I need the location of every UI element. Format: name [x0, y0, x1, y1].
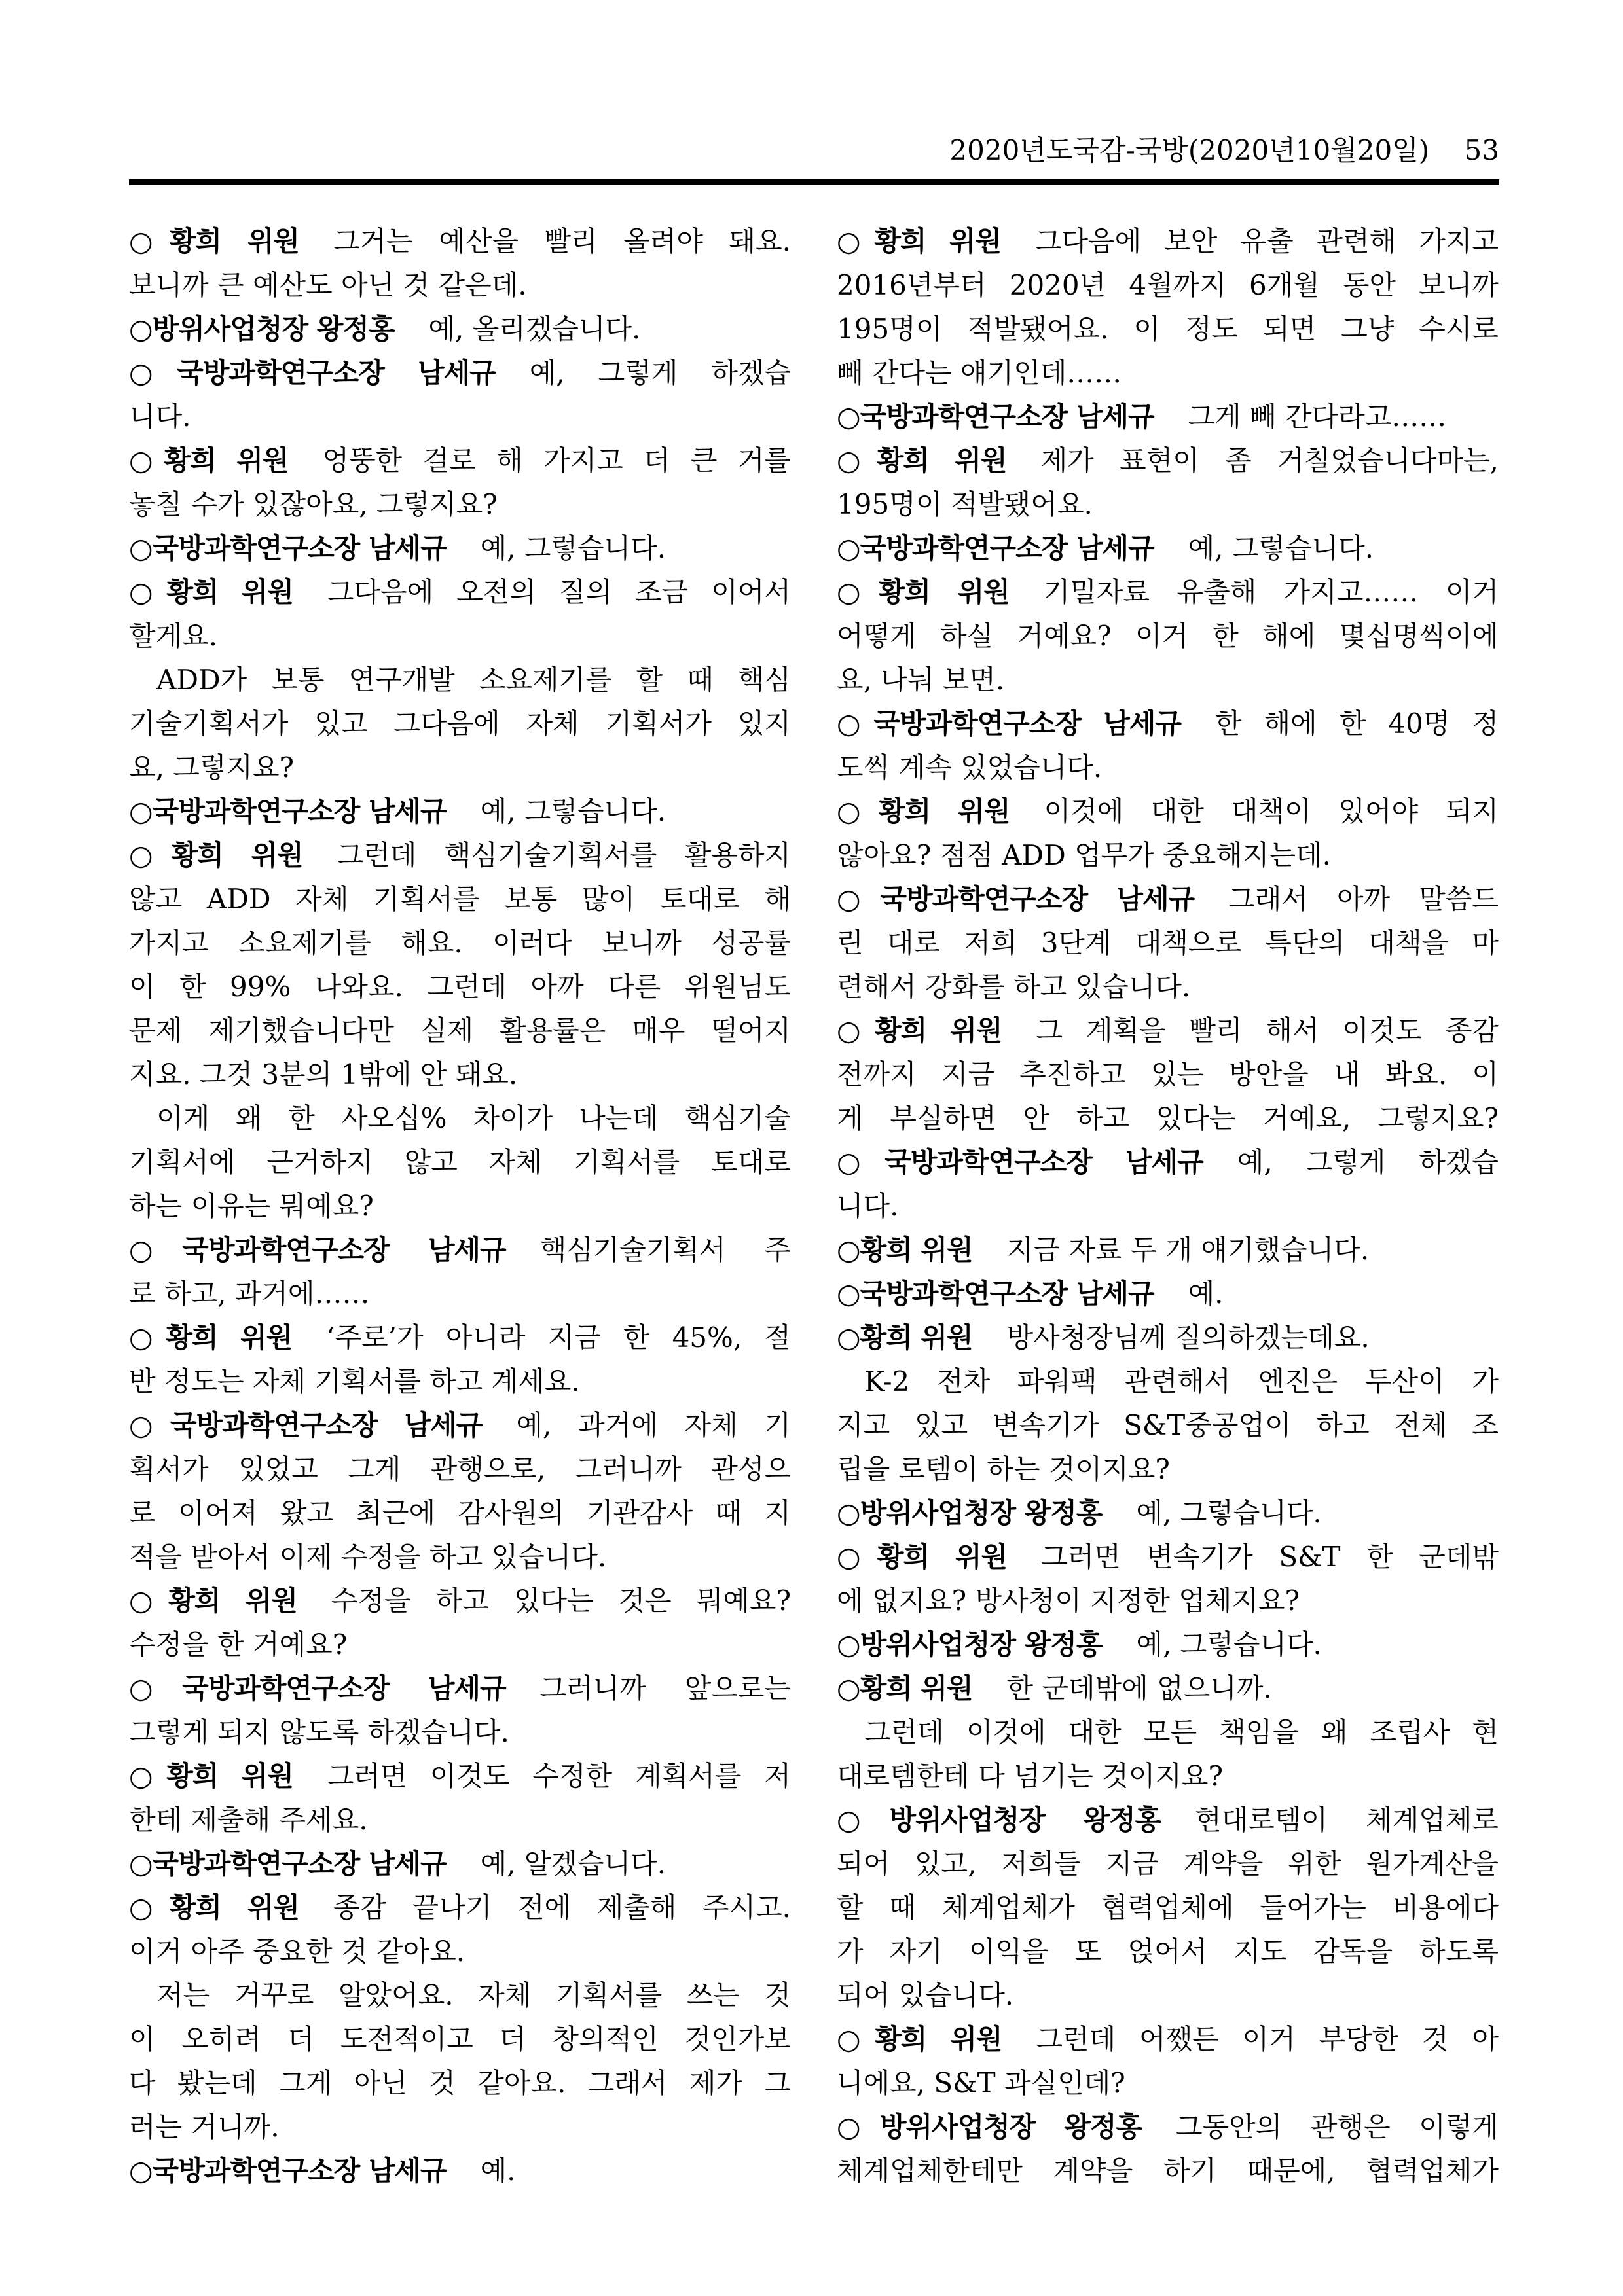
text-line: 이 한 99% 나와요. 그런데 아까 다른 위원님도: [129, 965, 791, 1009]
speech-text: 195명이 적발됐어요.: [837, 488, 1093, 520]
speech-text: 이것에 대한 대책이 있어야 되지: [1044, 795, 1499, 827]
speech-text: 않고 ADD 자체 기획서를 보통 많이 토대로 해: [129, 883, 791, 915]
speech-text: 그 계획을 빨리 해서 이것도 종감: [1036, 1014, 1499, 1047]
speech-text: 기획서에 근거하지 않고 자체 기획서를 토대로: [129, 1146, 791, 1178]
text-line: ○황희 위원제가 표현이 좀 거칠었습니다마는,: [837, 439, 1499, 482]
text-line: 되어 있습니다.: [837, 1973, 1499, 2017]
text-line: ○방위사업청장 왕정홍현대로템이 체계업체로: [837, 1798, 1499, 1842]
speech-text: 니다.: [837, 1190, 899, 1222]
speech-text: 예, 그렇습니다.: [481, 532, 666, 564]
text-line: 195명이 적발됐어요. 이 정도 되면 그냥 수시로: [837, 307, 1499, 351]
speech-text: ADD가 보통 연구개발 소요제기를 할 때 핵심: [156, 664, 791, 696]
speaker-name: ○국방과학연구소장 남세규: [129, 357, 496, 389]
speaker-name: ○황희 위원: [837, 225, 1001, 257]
speech-text: 예, 그렇습니다.: [1188, 532, 1374, 564]
speech-text: 그다음에 오전의 질의 조금 이어서: [327, 576, 791, 608]
speech-text: 한 해에 한 40명 정: [1215, 708, 1499, 740]
text-line: 그렇게 되지 않도록 하겠습니다.: [129, 1710, 791, 1754]
speaker-name: ○황희 위원: [837, 444, 1007, 476]
speech-text: 예, 그렇게 하겠습: [1237, 1146, 1499, 1178]
speech-text: 그다음에 보안 유출 관련해 가지고: [1035, 225, 1499, 257]
text-line: 어떻게 하실 거예요? 이거 한 해에 몇십명씩이에: [837, 614, 1499, 658]
text-line: ○국방과학연구소장 남세규예, 그렇습니다.: [837, 526, 1499, 570]
text-line: ○국방과학연구소장 남세규예.: [129, 2149, 791, 2193]
speaker-name: ○황희 위원: [129, 1760, 293, 1792]
document-page: 2020년도국감-국방(2020년10월20일) 53 ○황희 위원그거는 예산…: [0, 0, 1623, 2296]
speech-text: 수정을 하고 있다는 것은 뭐예요?: [331, 1585, 791, 1617]
text-line: ○황희 위원방사청장님께 질의하겠는데요.: [837, 1316, 1499, 1359]
speech-text: 문제 제기했습니다만 실제 활용률은 매우 떨어지: [129, 1014, 791, 1047]
speech-text: 립을 로템이 하는 것이지요?: [837, 1453, 1170, 1485]
speech-text: 2016년부터 2020년 4월까지 6개월 동안 보니까: [837, 269, 1499, 301]
speech-text: 그런데 어쨌든 이거 부당한 것 아: [1036, 2023, 1499, 2055]
speech-text: 그거는 예산을 빨리 올려야 돼요.: [333, 225, 791, 257]
text-line: ○황희 위원이것에 대한 대책이 있어야 되지: [837, 789, 1499, 833]
page-number: 53: [1465, 135, 1499, 166]
text-line: ○국방과학연구소장 남세규그게 빼 간다라고……: [837, 395, 1499, 439]
speech-text: 전까지 지금 추진하고 있는 방안을 내 봐요. 이: [837, 1058, 1499, 1090]
speech-text: 예, 올리겠습니다.: [428, 313, 640, 345]
speaker-name: ○황희 위원: [837, 1321, 973, 1354]
text-line: ○황희 위원‘주로’가 아니라 지금 한 45%, 절: [129, 1316, 791, 1359]
speech-text: 예, 그렇습니다.: [1136, 1497, 1321, 1529]
text-line: 기획서에 근거하지 않고 자체 기획서를 토대로: [129, 1140, 791, 1184]
speech-text: 다 봤는데 그게 아닌 것 같아요. 그래서 제가 그: [129, 2067, 791, 2099]
speaker-name: ○방위사업청장 왕정홍: [837, 1628, 1102, 1660]
text-line: 수정을 한 거예요?: [129, 1623, 791, 1666]
speaker-name: ○황희 위원: [129, 225, 299, 257]
text-line: ADD가 보통 연구개발 소요제기를 할 때 핵심: [129, 658, 791, 702]
text-line: 되어 있고, 저희들 지금 계약을 위한 원가계산을: [837, 1842, 1499, 1886]
two-column-text: ○황희 위원그거는 예산을 빨리 올려야 돼요.보니까 큰 예산도 아닌 것 같…: [129, 219, 1499, 2193]
text-line: 러는 거니까.: [129, 2105, 791, 2149]
text-line: 하는 이유는 뭐예요?: [129, 1184, 791, 1228]
text-line: 그런데 이것에 대한 모든 책임을 왜 조립사 현: [837, 1710, 1499, 1754]
header-title: 2020년도국감-국방(2020년10월20일): [949, 134, 1429, 166]
speech-text: 한 군데밖에 없으니까.: [1007, 1672, 1272, 1704]
text-line: ○국방과학연구소장 남세규한 해에 한 40명 정: [837, 702, 1499, 745]
text-line: 린 대로 저희 3단계 대책으로 특단의 대책을 마: [837, 921, 1499, 965]
text-line: ○국방과학연구소장 남세규예, 그렇게 하겠습: [129, 351, 791, 395]
speech-text: 현대로템이 체계업체로: [1195, 1804, 1499, 1836]
text-line: 이게 왜 한 사오십% 차이가 나는데 핵심기술: [129, 1096, 791, 1140]
speaker-name: ○국방과학연구소장 남세규: [129, 1409, 482, 1441]
speaker-name: ○방위사업청장 왕정홍: [837, 1804, 1161, 1836]
text-line: 문제 제기했습니다만 실제 활용률은 매우 떨어지: [129, 1009, 791, 1052]
text-line: ○국방과학연구소장 남세규예, 그렇습니다.: [129, 526, 791, 570]
text-line: 체계업체한테만 계약을 하기 때문에, 협력업체가: [837, 2149, 1499, 2193]
text-line: ○국방과학연구소장 남세규그래서 아까 말씀드: [837, 877, 1499, 921]
text-line: 놓칠 수가 있잖아요, 그렇지요?: [129, 482, 791, 526]
speech-text: 엉뚱한 걸로 해 가지고 더 큰 거를: [323, 444, 791, 476]
speech-text: 되어 있고, 저희들 지금 계약을 위한 원가계산을: [837, 1848, 1499, 1880]
speech-text: 기밀자료 유출해 가지고…… 이거: [1044, 576, 1499, 608]
text-line: ○황희 위원그다음에 오전의 질의 조금 이어서: [129, 570, 791, 614]
speaker-name: ○황희 위원: [129, 839, 303, 871]
speaker-name: ○국방과학연구소장 남세규: [837, 708, 1181, 740]
speaker-name: ○황희 위원: [837, 1541, 1007, 1573]
speech-text: 그런데 핵심기술기획서를 활용하지: [337, 839, 791, 871]
speaker-name: ○황희 위원: [129, 576, 293, 608]
speech-text: 빼 간다는 얘기인데……: [837, 357, 1122, 389]
speech-text: 않아요? 점점 ADD 업무가 중요해지는데.: [837, 839, 1331, 871]
speech-text: 체계업체한테만 계약을 하기 때문에, 협력업체가: [837, 2155, 1499, 2187]
text-line: ○황희 위원지금 자료 두 개 얘기했습니다.: [837, 1228, 1499, 1272]
text-line: 니다.: [129, 395, 791, 439]
speech-text: 획서가 있었고 그게 관행으로, 그러니까 관성으: [129, 1453, 791, 1485]
speaker-name: ○국방과학연구소장 남세규: [129, 1672, 506, 1704]
text-line: 가지고 소요제기를 해요. 이러다 보니까 성공률: [129, 921, 791, 965]
speech-text: 니다.: [129, 401, 191, 433]
text-line: ○국방과학연구소장 남세규예, 그렇습니다.: [129, 789, 791, 833]
speaker-name: ○황희 위원: [837, 1672, 973, 1704]
column-left: ○황희 위원그거는 예산을 빨리 올려야 돼요.보니까 큰 예산도 아닌 것 같…: [129, 219, 791, 2193]
speech-text: 지고 있고 변속기가 S&T중공업이 하고 전체 조: [837, 1409, 1499, 1441]
text-line: 2016년부터 2020년 4월까지 6개월 동안 보니까: [837, 263, 1499, 307]
text-line: 련해서 강화를 하고 있습니다.: [837, 965, 1499, 1009]
speaker-name: ○황희 위원: [129, 1892, 299, 1924]
speech-text: 그러면 이것도 수정한 계획서를 저: [327, 1760, 791, 1792]
speech-text: 그런데 이것에 대한 모든 책임을 왜 조립사 현: [864, 1716, 1499, 1748]
text-line: 게 부실하면 안 하고 있다는 거예요, 그렇지요?: [837, 1096, 1499, 1140]
text-line: ○방위사업청장 왕정홍예, 올리겠습니다.: [129, 307, 791, 351]
text-line: 이 오히려 더 도전적이고 더 창의적인 것인가보: [129, 2017, 791, 2061]
speech-text: 되어 있습니다.: [837, 1979, 1013, 2011]
speaker-name: ○국방과학연구소장 남세규: [837, 401, 1154, 433]
text-line: 요, 그렇지요?: [129, 745, 791, 789]
speech-text: 보니까 큰 예산도 아닌 것 같은데.: [129, 269, 527, 301]
speaker-name: ○국방과학연구소장 남세규: [837, 1146, 1203, 1178]
speaker-name: ○황희 위원: [837, 1234, 973, 1266]
speaker-name: ○방위사업청장 왕정홍: [837, 2111, 1142, 2143]
speech-text: 그래서 아까 말씀드: [1228, 883, 1499, 915]
speech-text: 그게 빼 간다라고……: [1188, 401, 1447, 433]
speech-text: K-2 전차 파워팩 관련해서 엔진은 두산이 가: [864, 1365, 1499, 1397]
speech-text: 그러면 변속기가 S&T 한 군데밖: [1041, 1541, 1499, 1573]
text-line: 립을 로템이 하는 것이지요?: [837, 1447, 1499, 1491]
speech-text: 방사청장님께 질의하겠는데요.: [1007, 1321, 1370, 1354]
text-line: 보니까 큰 예산도 아닌 것 같은데.: [129, 263, 791, 307]
speech-text: 이 한 99% 나와요. 그런데 아까 다른 위원님도: [129, 971, 791, 1003]
text-line: 한테 제출해 주세요.: [129, 1798, 791, 1842]
text-line: 니에요, S&T 과실인데?: [837, 2061, 1499, 2105]
speech-text: 이거 아주 중요한 것 같아요.: [129, 1935, 465, 1967]
speaker-name: ○방위사업청장 왕정홍: [837, 1497, 1102, 1529]
text-line: 이거 아주 중요한 것 같아요.: [129, 1929, 791, 1973]
column-right: ○황희 위원그다음에 보안 유출 관련해 가지고2016년부터 2020년 4월…: [837, 219, 1499, 2193]
text-line: 다 봤는데 그게 아닌 것 같아요. 그래서 제가 그: [129, 2061, 791, 2105]
text-line: 대로템한테 다 넘기는 것이지요?: [837, 1754, 1499, 1798]
speech-text: 도씩 계속 있었습니다.: [837, 751, 1102, 783]
speech-text: 반 정도는 자체 기획서를 하고 계세요.: [129, 1365, 580, 1397]
text-line: 않아요? 점점 ADD 업무가 중요해지는데.: [837, 833, 1499, 877]
text-line: 로 이어져 왔고 최근에 감사원의 기관감사 때 지: [129, 1491, 791, 1535]
speech-text: 에 없지요? 방사청이 지정한 업체지요?: [837, 1585, 1300, 1617]
speech-text: 가지고 소요제기를 해요. 이러다 보니까 성공률: [129, 927, 791, 959]
page-header: 2020년도국감-국방(2020년10월20일) 53: [129, 0, 1499, 166]
text-line: ○황희 위원기밀자료 유출해 가지고…… 이거: [837, 570, 1499, 614]
speech-text: 예.: [481, 2155, 516, 2187]
speaker-name: ○국방과학연구소장 남세규: [129, 2155, 447, 2187]
text-line: 로 하고, 과거에……: [129, 1272, 791, 1316]
speech-text: 요, 그렇지요?: [129, 751, 294, 783]
text-line: 빼 간다는 얘기인데……: [837, 351, 1499, 395]
text-line: 반 정도는 자체 기획서를 하고 계세요.: [129, 1359, 791, 1403]
speech-text: 예, 그렇게 하겠습: [530, 357, 791, 389]
text-line: ○국방과학연구소장 남세규예, 그렇게 하겠습: [837, 1140, 1499, 1184]
text-line: ○황희 위원그런데 핵심기술기획서를 활용하지: [129, 833, 791, 877]
speech-text: 지금 자료 두 개 얘기했습니다.: [1007, 1234, 1370, 1266]
speaker-name: ○황희 위원: [837, 576, 1010, 608]
text-line: 적을 받아서 이제 수정을 하고 있습니다.: [129, 1535, 791, 1579]
speech-text: 195명이 적발됐어요. 이 정도 되면 그냥 수시로: [837, 313, 1499, 345]
speech-text: 게 부실하면 안 하고 있다는 거예요, 그렇지요?: [837, 1102, 1499, 1134]
text-line: ○황희 위원엉뚱한 걸로 해 가지고 더 큰 거를: [129, 439, 791, 482]
text-line: 저는 거꾸로 알았어요. 자체 기획서를 쓰는 것: [129, 1973, 791, 2017]
speaker-name: ○황희 위원: [129, 444, 289, 476]
speaker-name: ○국방과학연구소장 남세규: [129, 1234, 506, 1266]
speaker-name: ○황희 위원: [837, 795, 1010, 827]
text-line: 지요. 그것 3분의 1밖에 안 돼요.: [129, 1052, 791, 1096]
text-line: ○방위사업청장 왕정홍예, 그렇습니다.: [837, 1623, 1499, 1666]
speaker-name: ○국방과학연구소장 남세규: [129, 532, 447, 564]
text-line: ○국방과학연구소장 남세규핵심기술기획서 주: [129, 1228, 791, 1272]
text-line: ○황희 위원수정을 하고 있다는 것은 뭐예요?: [129, 1579, 791, 1623]
speech-text: 로 하고, 과거에……: [129, 1278, 369, 1310]
speech-text: 그렇게 되지 않도록 하겠습니다.: [129, 1716, 509, 1748]
speech-text: ‘주로’가 아니라 지금 한 45%, 절: [326, 1321, 791, 1354]
text-line: ○황희 위원종감 끝나기 전에 제출해 주시고.: [129, 1886, 791, 1929]
speech-text: 지요. 그것 3분의 1밖에 안 돼요.: [129, 1058, 517, 1090]
speaker-name: ○황희 위원: [837, 1014, 1002, 1047]
speech-text: 대로템한테 다 넘기는 것이지요?: [837, 1760, 1223, 1792]
header-divider-rule: [129, 179, 1499, 185]
text-line: ○국방과학연구소장 남세규예, 과거에 자체 기: [129, 1403, 791, 1447]
speaker-name: ○황희 위원: [837, 2023, 1002, 2055]
speech-text: 니에요, S&T 과실인데?: [837, 2067, 1125, 2099]
text-line: 도씩 계속 있었습니다.: [837, 745, 1499, 789]
speech-text: 제가 표현이 좀 거칠었습니다마는,: [1041, 444, 1499, 476]
text-line: 에 없지요? 방사청이 지정한 업체지요?: [837, 1579, 1499, 1623]
speech-text: 예, 그렇습니다.: [481, 795, 666, 827]
speech-text: 할게요.: [129, 620, 217, 652]
text-line: ○황희 위원그러면 이것도 수정한 계획서를 저: [129, 1754, 791, 1798]
text-line: 기술기획서가 있고 그다음에 자체 기획서가 있지: [129, 702, 791, 745]
speech-text: 핵심기술기획서 주: [540, 1234, 791, 1266]
text-line: ○방위사업청장 왕정홍예, 그렇습니다.: [837, 1491, 1499, 1535]
speech-text: 예, 그렇습니다.: [1136, 1628, 1321, 1660]
text-line: ○황희 위원그러면 변속기가 S&T 한 군데밖: [837, 1535, 1499, 1579]
speech-text: 어떻게 하실 거예요? 이거 한 해에 몇십명씩이에: [837, 620, 1499, 652]
text-line: 할 때 체계업체가 협력업체에 들어가는 비용에다: [837, 1886, 1499, 1929]
speech-text: 할 때 체계업체가 협력업체에 들어가는 비용에다: [837, 1892, 1499, 1924]
speech-text: 이 오히려 더 도전적이고 더 창의적인 것인가보: [129, 2023, 791, 2055]
speech-text: 요, 나눠 보면.: [837, 664, 1004, 696]
speaker-name: ○국방과학연구소장 남세규: [837, 532, 1154, 564]
text-line: 지고 있고 변속기가 S&T중공업이 하고 전체 조: [837, 1403, 1499, 1447]
text-line: 않고 ADD 자체 기획서를 보통 많이 토대로 해: [129, 877, 791, 921]
speaker-name: ○황희 위원: [129, 1585, 297, 1617]
text-line: 가 자기 이익을 또 얹어서 지도 감독을 하도록: [837, 1929, 1499, 1973]
speech-text: 그러니까 앞으로는: [540, 1672, 791, 1704]
speech-text: 련해서 강화를 하고 있습니다.: [837, 971, 1190, 1003]
text-line: ○황희 위원그런데 어쨌든 이거 부당한 것 아: [837, 2017, 1499, 2061]
speech-text: 저는 거꾸로 알았어요. 자체 기획서를 쓰는 것: [156, 1979, 791, 2011]
text-line: 니다.: [837, 1184, 1499, 1228]
speech-text: 로 이어져 왔고 최근에 감사원의 기관감사 때 지: [129, 1497, 791, 1529]
speaker-name: ○방위사업청장 왕정홍: [129, 313, 394, 345]
text-line: 195명이 적발됐어요.: [837, 482, 1499, 526]
speech-text: 예.: [1188, 1278, 1224, 1310]
speaker-name: ○국방과학연구소장 남세규: [837, 883, 1194, 915]
speech-text: 러는 거니까.: [129, 2111, 280, 2143]
speaker-name: ○국방과학연구소장 남세규: [129, 795, 447, 827]
text-line: K-2 전차 파워팩 관련해서 엔진은 두산이 가: [837, 1359, 1499, 1403]
text-line: ○황희 위원그 계획을 빨리 해서 이것도 종감: [837, 1009, 1499, 1052]
speaker-name: ○국방과학연구소장 남세규: [837, 1278, 1154, 1310]
text-line: ○국방과학연구소장 남세규예, 알겠습니다.: [129, 1842, 791, 1886]
speech-text: 수정을 한 거예요?: [129, 1628, 347, 1660]
text-line: ○방위사업청장 왕정홍그동안의 관행은 이렇게: [837, 2105, 1499, 2149]
speech-text: 한테 제출해 주세요.: [129, 1804, 368, 1836]
speech-text: 적을 받아서 이제 수정을 하고 있습니다.: [129, 1541, 606, 1573]
speech-text: 가 자기 이익을 또 얹어서 지도 감독을 하도록: [837, 1935, 1499, 1967]
speech-text: 린 대로 저희 3단계 대책으로 특단의 대책을 마: [837, 927, 1499, 959]
text-line: 할게요.: [129, 614, 791, 658]
speech-text: 하는 이유는 뭐예요?: [129, 1190, 374, 1222]
speech-text: 놓칠 수가 있잖아요, 그렇지요?: [129, 488, 498, 520]
text-line: 전까지 지금 추진하고 있는 방안을 내 봐요. 이: [837, 1052, 1499, 1096]
text-line: ○황희 위원그다음에 보안 유출 관련해 가지고: [837, 219, 1499, 263]
text-line: ○황희 위원그거는 예산을 빨리 올려야 돼요.: [129, 219, 791, 263]
text-line: 요, 나눠 보면.: [837, 658, 1499, 702]
text-line: ○국방과학연구소장 남세규예.: [837, 1272, 1499, 1316]
text-line: ○황희 위원한 군데밖에 없으니까.: [837, 1666, 1499, 1710]
speech-text: 기술기획서가 있고 그다음에 자체 기획서가 있지: [129, 708, 791, 740]
speaker-name: ○황희 위원: [129, 1321, 292, 1354]
speech-text: 이게 왜 한 사오십% 차이가 나는데 핵심기술: [156, 1102, 791, 1134]
speech-text: 종감 끝나기 전에 제출해 주시고.: [333, 1892, 791, 1924]
speech-text: 예, 알겠습니다.: [481, 1848, 666, 1880]
text-line: 획서가 있었고 그게 관행으로, 그러니까 관성으: [129, 1447, 791, 1491]
text-line: ○국방과학연구소장 남세규그러니까 앞으로는: [129, 1666, 791, 1710]
speech-text: 예, 과거에 자체 기: [516, 1409, 791, 1441]
speech-text: 그동안의 관행은 이렇게: [1176, 2111, 1499, 2143]
speaker-name: ○국방과학연구소장 남세규: [129, 1848, 447, 1880]
